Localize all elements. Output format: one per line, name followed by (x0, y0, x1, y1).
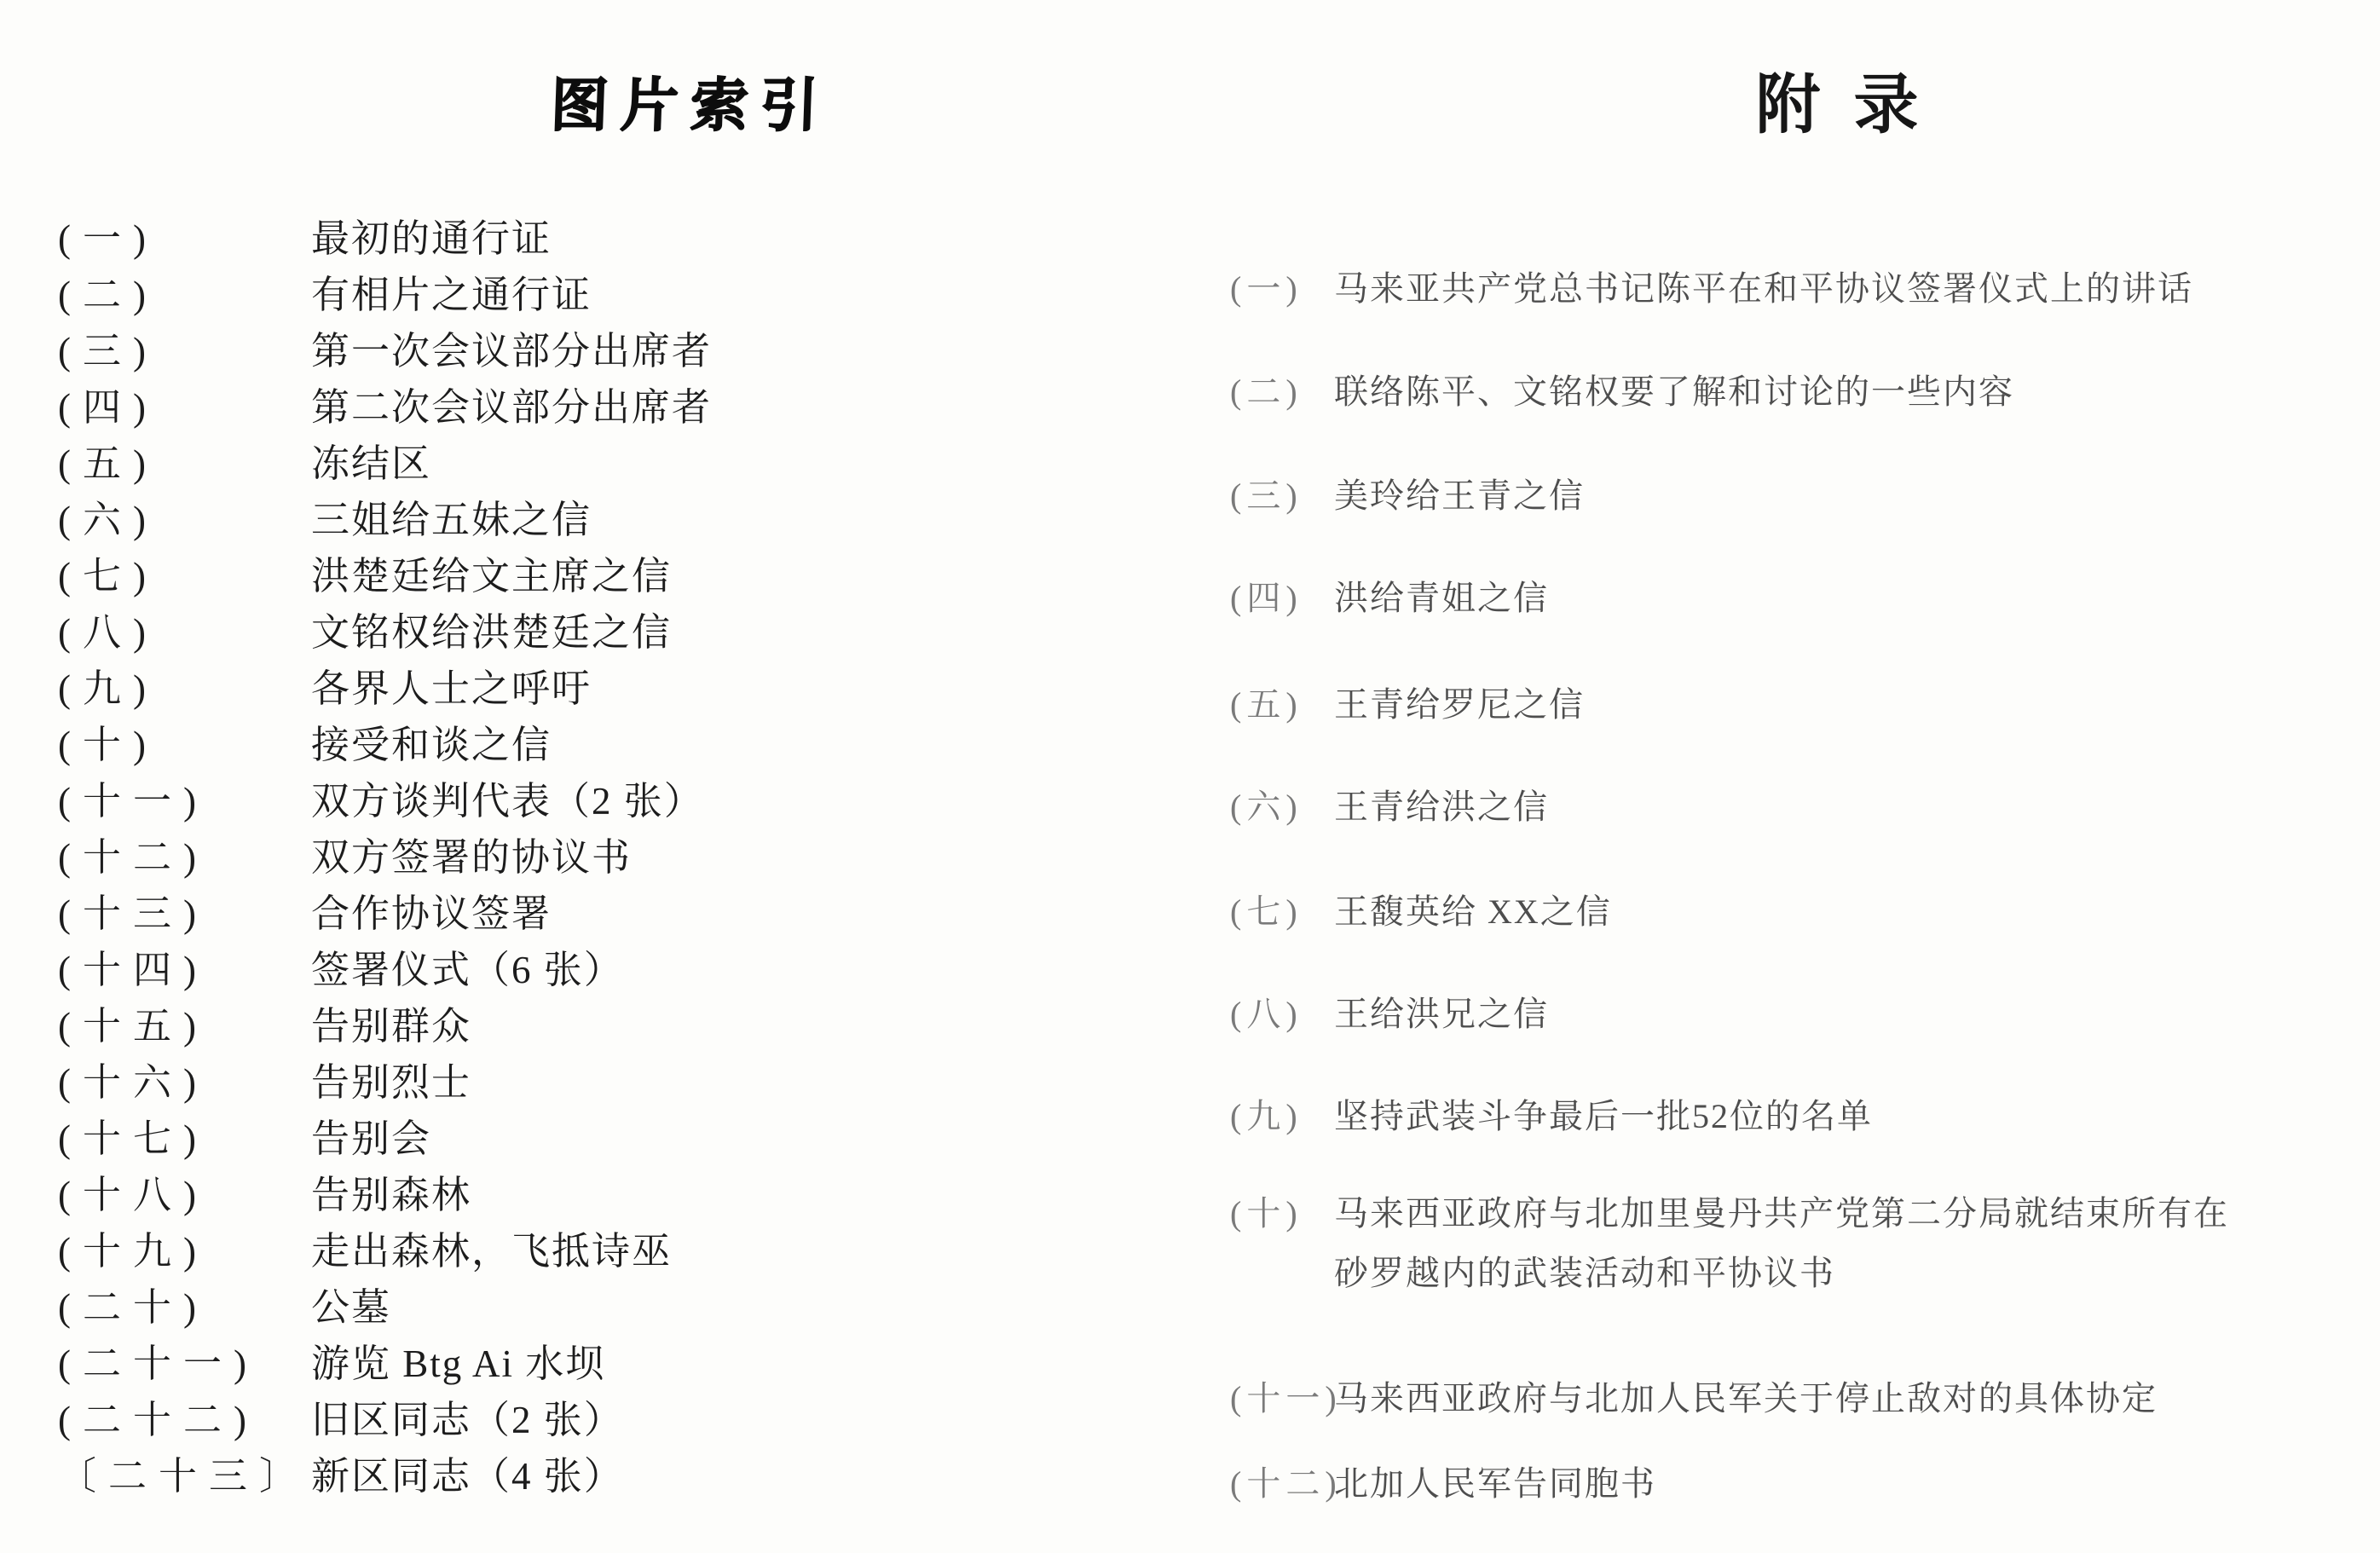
picture-index-row: (九)各界人士之呼吁 (58, 661, 1158, 717)
item-number: (七) (1230, 888, 1334, 936)
item-number: (十) (58, 717, 311, 773)
picture-index-row: (一)最初的通行证 (58, 211, 1158, 267)
item-number: (十) (1230, 1184, 1334, 1303)
item-number: (十三) (58, 886, 311, 942)
appendix-row: (一)马来亚共产党总书记陈平在和平协议签署仪式上的讲话 (1230, 265, 2364, 313)
item-title: 公墓 (311, 1279, 1158, 1336)
appendix-row: (十一)马来西亚政府与北加人民军关于停止敌对的具体协定 (1230, 1375, 2364, 1423)
item-number: (十八) (58, 1167, 311, 1223)
picture-index-row: (七)洪楚廷给文主席之信 (58, 548, 1158, 604)
appendix-row: (九)坚持武装斗争最后一批52位的名单 (1230, 1093, 2364, 1140)
picture-index-row: (六)三姐给五妹之信 (58, 492, 1158, 548)
item-number: (九) (58, 661, 311, 717)
picture-index-row: (十二)双方签署的协议书 (58, 829, 1158, 886)
appendix-row: (二)联络陈平、文铭权要了解和讨论的一些内容 (1230, 368, 2364, 416)
item-number: (六) (58, 492, 311, 548)
picture-index-row: (二十)公墓 (58, 1279, 1158, 1336)
item-number: (一) (58, 211, 311, 267)
picture-index-row: (五)冻结区 (58, 436, 1158, 492)
item-number: (二) (1230, 368, 1334, 416)
item-number: (十九) (58, 1223, 311, 1279)
picture-index-row: (十三)合作协议签署 (58, 886, 1158, 942)
picture-index-row: 〔二十三〕新区同志（4 张） (58, 1448, 1158, 1504)
picture-index-title: 图片索引 (519, 70, 863, 141)
picture-index-row: (十一)双方谈判代表（2 张） (58, 773, 1158, 829)
item-title: 北加人民军告同胞书 (1334, 1460, 2364, 1508)
item-number: (二十二) (58, 1392, 311, 1448)
appendix-row: (八)王给洪兄之信 (1230, 990, 2364, 1038)
item-title: 马来亚共产党总书记陈平在和平协议签署仪式上的讲话 (1334, 265, 2364, 313)
item-title: 马来西亚政府与北加人民军关于停止敌对的具体协定 (1334, 1375, 2364, 1423)
item-title: 告别烈士 (311, 1054, 1158, 1111)
item-title: 洪给青姐之信 (1334, 574, 2364, 622)
appendix-row: (五)王青给罗尼之信 (1230, 681, 2364, 729)
item-number: (一) (1230, 265, 1334, 313)
picture-index-row: (十九)走出森林，飞抵诗巫 (58, 1223, 1158, 1279)
item-title: 签署仪式（6 张） (311, 942, 1158, 998)
item-number: (四) (58, 379, 311, 436)
item-number: (六) (1230, 783, 1334, 831)
appendix-row: (六)王青给洪之信 (1230, 783, 2364, 831)
item-title: 告别会 (311, 1111, 1158, 1167)
item-title: 美玲给王青之信 (1334, 472, 2364, 520)
appendix-title: 附 录 (1688, 66, 1995, 145)
item-title: 旧区同志（2 张） (311, 1392, 1158, 1448)
item-title: 联络陈平、文铭权要了解和讨论的一些内容 (1334, 368, 2364, 416)
item-number: (十七) (58, 1111, 311, 1167)
item-number: (七) (58, 548, 311, 604)
picture-index-row: (八)文铭权给洪楚廷之信 (58, 604, 1158, 661)
item-title: 走出森林，飞抵诗巫 (311, 1223, 1158, 1279)
item-title: 第一次会议部分出席者 (311, 323, 1158, 379)
appendix-row: (十)马来西亚政府与北加里曼丹共产党第二分局就结束所有在砂罗越内的武装活动和平协… (1230, 1184, 2364, 1303)
picture-index-row: (二十二)旧区同志（2 张） (58, 1392, 1158, 1448)
appendix-row: (七)王馥英给 XX之信 (1230, 888, 2364, 936)
item-number: (五) (1230, 681, 1334, 729)
item-title: 第二次会议部分出席者 (311, 379, 1158, 436)
item-number: (八) (1230, 990, 1334, 1038)
item-title: 新区同志（4 张） (311, 1448, 1158, 1504)
item-number: (二十) (58, 1279, 311, 1336)
picture-index-row: (十五)告别群众 (58, 998, 1158, 1054)
item-title: 告别群众 (311, 998, 1158, 1054)
item-number: (十一) (58, 773, 311, 829)
item-number: 〔二十三〕 (58, 1448, 311, 1504)
item-title: 王青给罗尼之信 (1334, 681, 2364, 729)
item-title: 三姐给五妹之信 (311, 492, 1158, 548)
appendix-row: (四)洪给青姐之信 (1230, 574, 2364, 622)
item-number: (十五) (58, 998, 311, 1054)
item-title: 双方签署的协议书 (311, 829, 1158, 886)
item-title: 各界人士之呼吁 (311, 661, 1158, 717)
item-title: 文铭权给洪楚廷之信 (311, 604, 1158, 661)
item-title: 最初的通行证 (311, 211, 1158, 267)
item-title: 双方谈判代表（2 张） (311, 773, 1158, 829)
item-number: (四) (1230, 574, 1334, 622)
item-title: 洪楚廷给文主席之信 (311, 548, 1158, 604)
item-title: 合作协议签署 (311, 886, 1158, 942)
item-title-line-2: 砂罗越内的武装活动和平协议书 (1334, 1244, 2364, 1303)
item-title: 告别森林 (311, 1167, 1158, 1223)
item-title: 王给洪兄之信 (1334, 990, 2364, 1038)
picture-index-row: (十六)告别烈士 (58, 1054, 1158, 1111)
picture-index-row: (二)有相片之通行证 (58, 267, 1158, 323)
item-number: (二) (58, 267, 311, 323)
item-number: (八) (58, 604, 311, 661)
item-title: 坚持武装斗争最后一批52位的名单 (1334, 1093, 2364, 1140)
item-title: 王青给洪之信 (1334, 783, 2364, 831)
picture-index-row: (十四)签署仪式（6 张） (58, 942, 1158, 998)
item-title: 冻结区 (311, 436, 1158, 492)
item-number: (十六) (58, 1054, 311, 1111)
picture-index-row: (四)第二次会议部分出席者 (58, 379, 1158, 436)
item-number: (三) (58, 323, 311, 379)
appendix-row: (三)美玲给王青之信 (1230, 472, 2364, 520)
item-number: (十二) (58, 829, 311, 886)
item-title: 有相片之通行证 (311, 267, 1158, 323)
item-number: (十二) (1230, 1460, 1334, 1508)
item-number: (二十一) (58, 1336, 311, 1392)
item-number: (五) (58, 436, 311, 492)
appendix-row: (十二)北加人民军告同胞书 (1230, 1460, 2364, 1508)
picture-index-row: (三)第一次会议部分出席者 (58, 323, 1158, 379)
picture-index-row: (十八)告别森林 (58, 1167, 1158, 1223)
item-number: (十四) (58, 942, 311, 998)
picture-index-row: (二十一)游览 Btg Ai 水坝 (58, 1336, 1158, 1392)
item-title: 马来西亚政府与北加里曼丹共产党第二分局就结束所有在砂罗越内的武装活动和平协议书 (1334, 1184, 2364, 1303)
picture-index-row: (十)接受和谈之信 (58, 717, 1158, 773)
item-title: 游览 Btg Ai 水坝 (311, 1336, 1158, 1392)
item-title: 王馥英给 XX之信 (1334, 888, 2364, 936)
item-title-line-1: 马来西亚政府与北加里曼丹共产党第二分局就结束所有在 (1334, 1184, 2364, 1244)
book-page: 图片索引 (一)最初的通行证 (二)有相片之通行证 (三)第一次会议部分出席者 … (0, 0, 2380, 1553)
item-number: (三) (1230, 472, 1334, 520)
item-title: 接受和谈之信 (311, 717, 1158, 773)
item-number: (十一) (1230, 1375, 1334, 1423)
picture-index-row: (十七)告别会 (58, 1111, 1158, 1167)
picture-index-list: (一)最初的通行证 (二)有相片之通行证 (三)第一次会议部分出席者 (四)第二… (58, 211, 1158, 1504)
item-number: (九) (1230, 1093, 1334, 1140)
